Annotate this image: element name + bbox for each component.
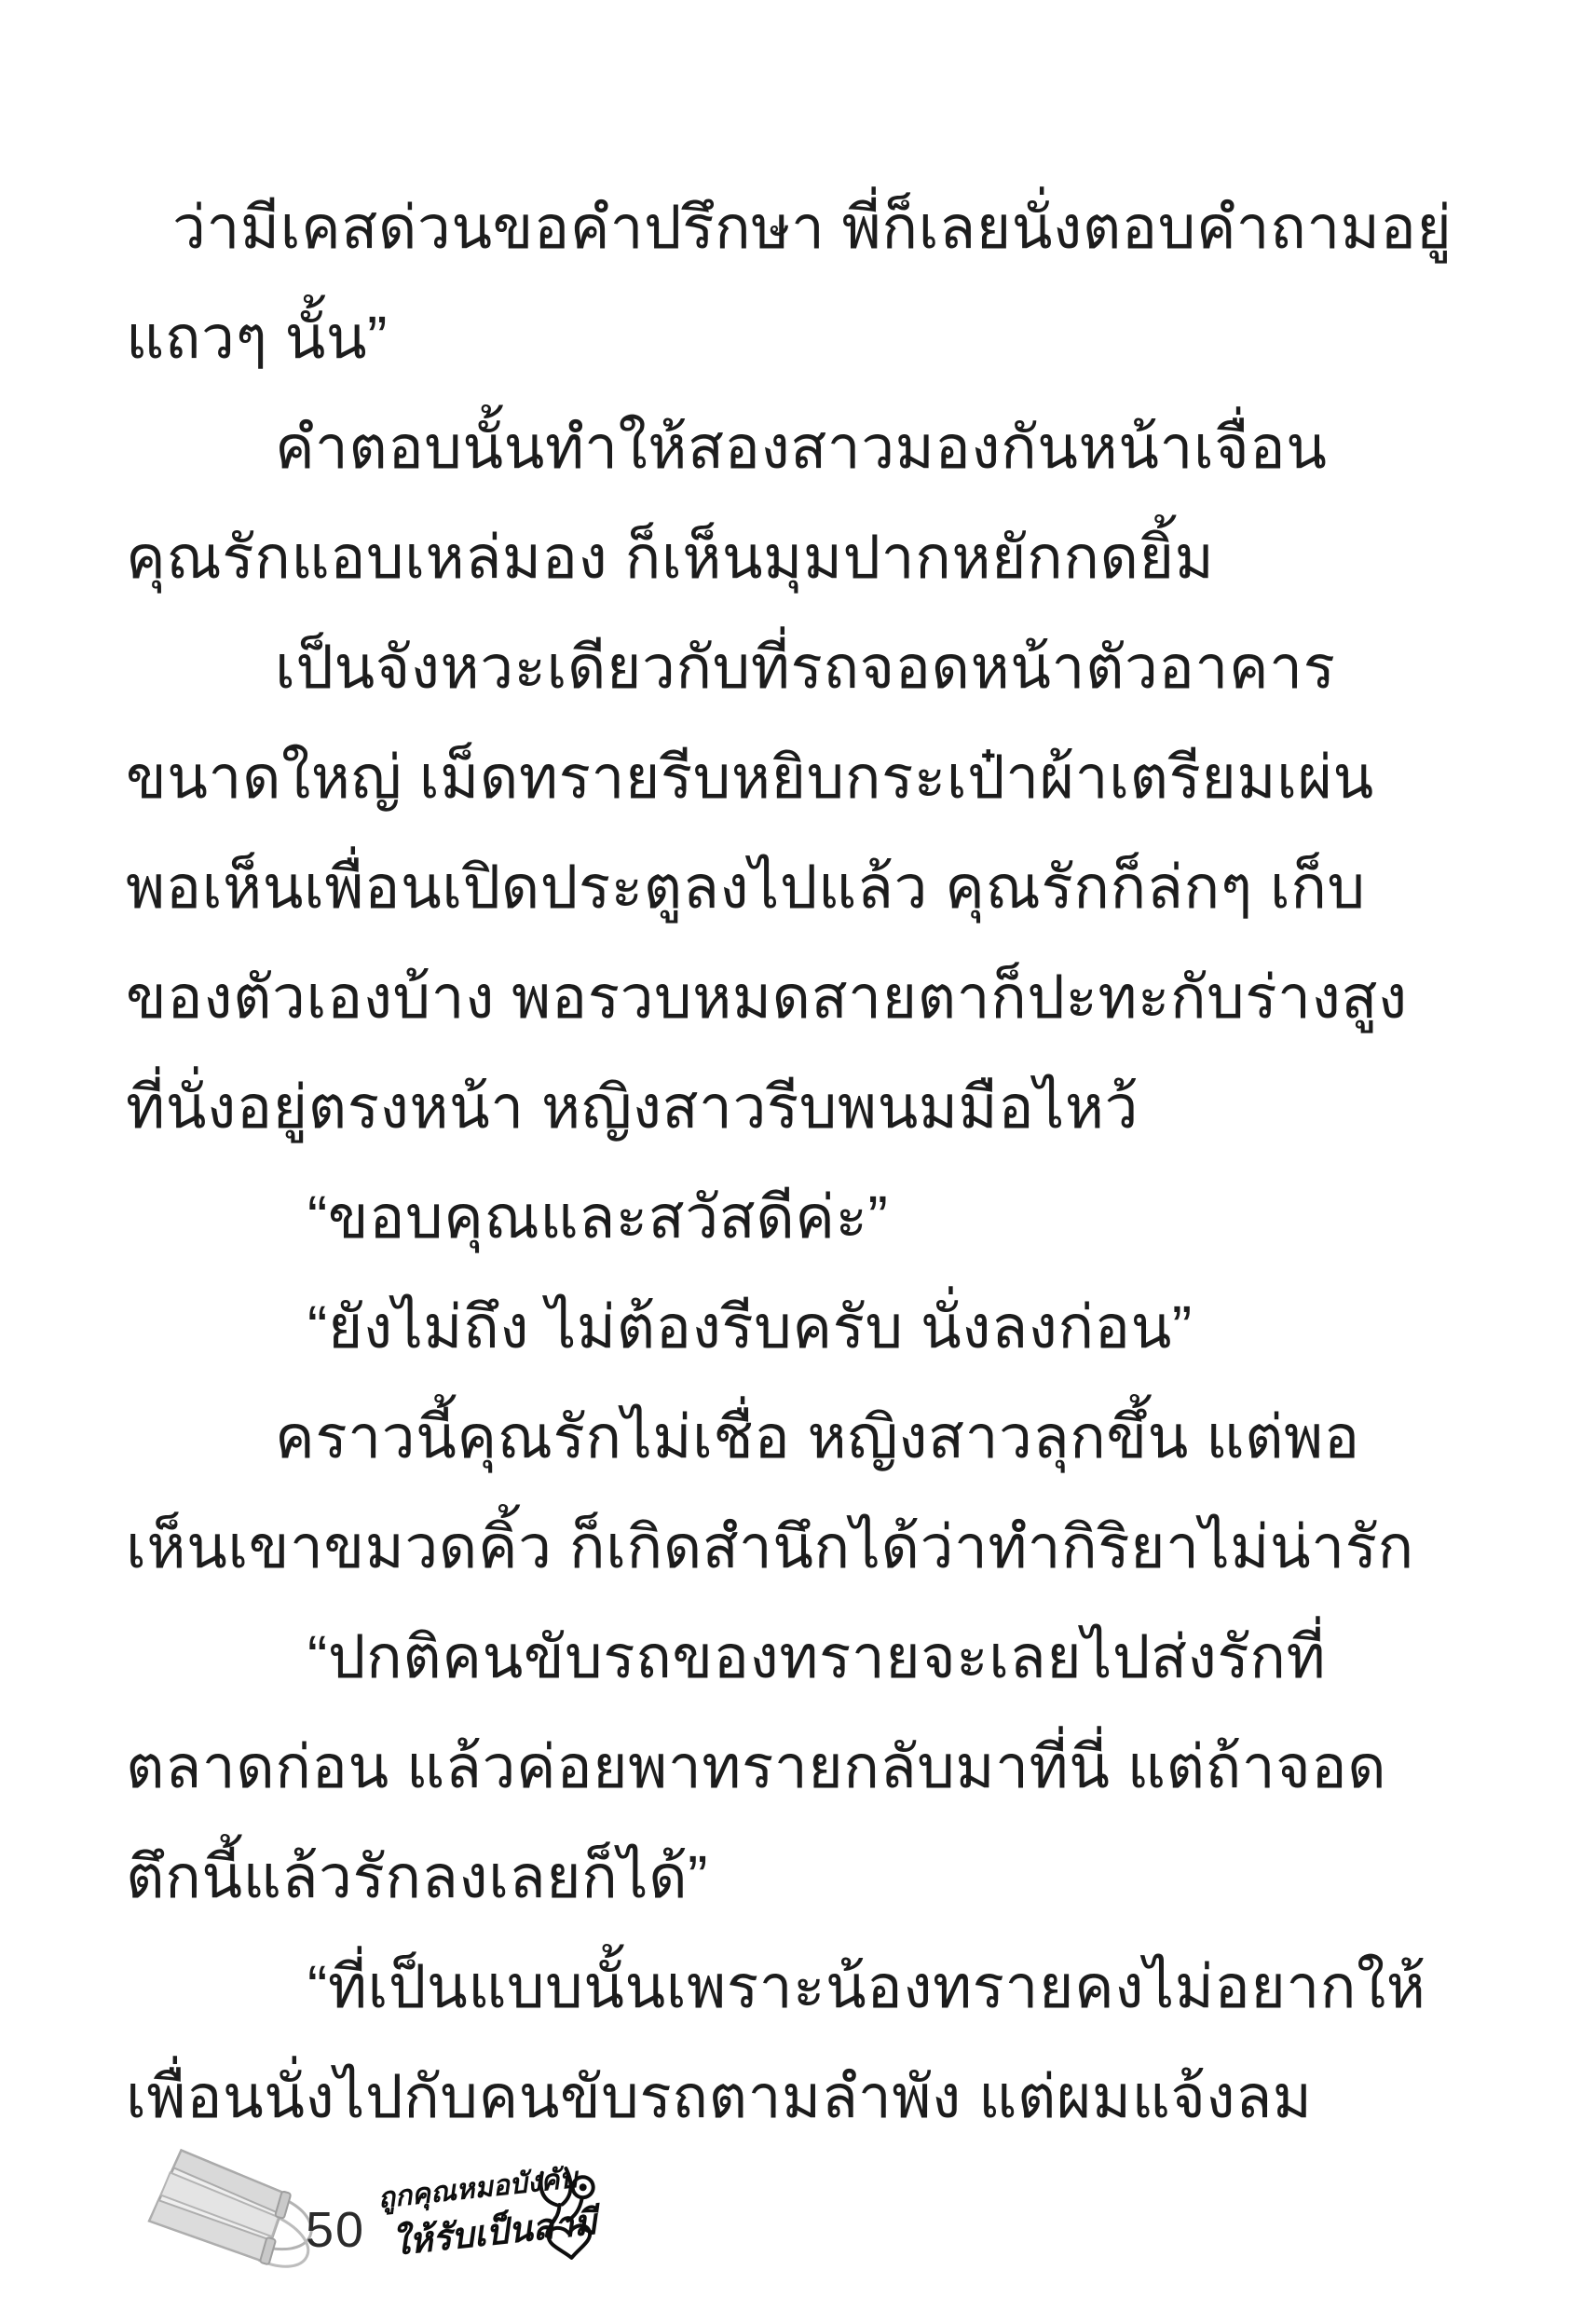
text-line: ที่นั่งอยู่ตรงหน้า หญิงสาวรีบพนมมือไหว้ <box>0 1052 1596 1162</box>
text-line: ตลาดก่อน แล้วค่อยพาทรายกลับมาที่นี่ แต่ถ… <box>0 1712 1596 1822</box>
text-line: “ขอบคุณและสวัสดีค่ะ” <box>0 1162 1596 1272</box>
text-line: ตึกนี้แล้วรักลงเลยก็ได้” <box>0 1822 1596 1932</box>
text-line: “ปกติคนขับรถของทรายจะเลยไปส่งรักที่ <box>0 1602 1596 1712</box>
stethoscope-heart-icon <box>528 2163 607 2268</box>
text-line: คราวนี้คุณรักไม่เชื่อ หญิงสาวลุกขึ้น แต่… <box>0 1382 1596 1492</box>
text-line: คำตอบนั้นทำให้สองสาวมองกันหน้าเจื่อน <box>0 392 1596 502</box>
text-line: ว่ามีเคสด่วนขอคำปรึกษา พี่ก็เลยนั่งตอบคำ… <box>0 172 1596 282</box>
text-line: ของตัวเองบ้าง พอรวบหมดสายตาก็ปะทะกับร่าง… <box>0 942 1596 1052</box>
text-line: ขนาดใหญ่ เม็ดทรายรีบหยิบกระเป๋าผ้าเตรียม… <box>0 722 1596 832</box>
text-line: พอเห็นเพื่อนเปิดประตูลงไปแล้ว คุณรักก็ล่… <box>0 832 1596 942</box>
surgical-mask-icon <box>138 2145 334 2299</box>
page-footer: 50 ถูกคุณหมอบังคับ ให้รับเป็นสามี <box>0 2134 1596 2311</box>
book-page: ว่ามีเคสด่วนขอคำปรึกษา พี่ก็เลยนั่งตอบคำ… <box>0 0 1596 2311</box>
page-number: 50 <box>306 2201 365 2259</box>
text-line: เห็นเขาขมวดคิ้ว ก็เกิดสำนึกได้ว่าทำกิริย… <box>0 1492 1596 1602</box>
text-line: “ยังไม่ถึง ไม่ต้องรีบครับ นั่งลงก่อน” <box>0 1272 1596 1382</box>
text-line: เป็นจังหวะเดียวกับที่รถจอดหน้าตัวอาคาร <box>0 612 1596 722</box>
text-line: แถวๆ นั้น” <box>0 282 1596 392</box>
text-line: คุณรักแอบเหล่มอง ก็เห็นมุมปากหยักกดยิ้ม <box>0 502 1596 612</box>
page-text: ว่ามีเคสด่วนขอคำปรึกษา พี่ก็เลยนั่งตอบคำ… <box>0 172 1596 2152</box>
text-line: “ที่เป็นแบบนั้นเพราะน้องทรายคงไม่อยากให้ <box>0 1932 1596 2042</box>
book-title-logo: ถูกคุณหมอบังคับ ให้รับเป็นสามี <box>375 2154 602 2306</box>
